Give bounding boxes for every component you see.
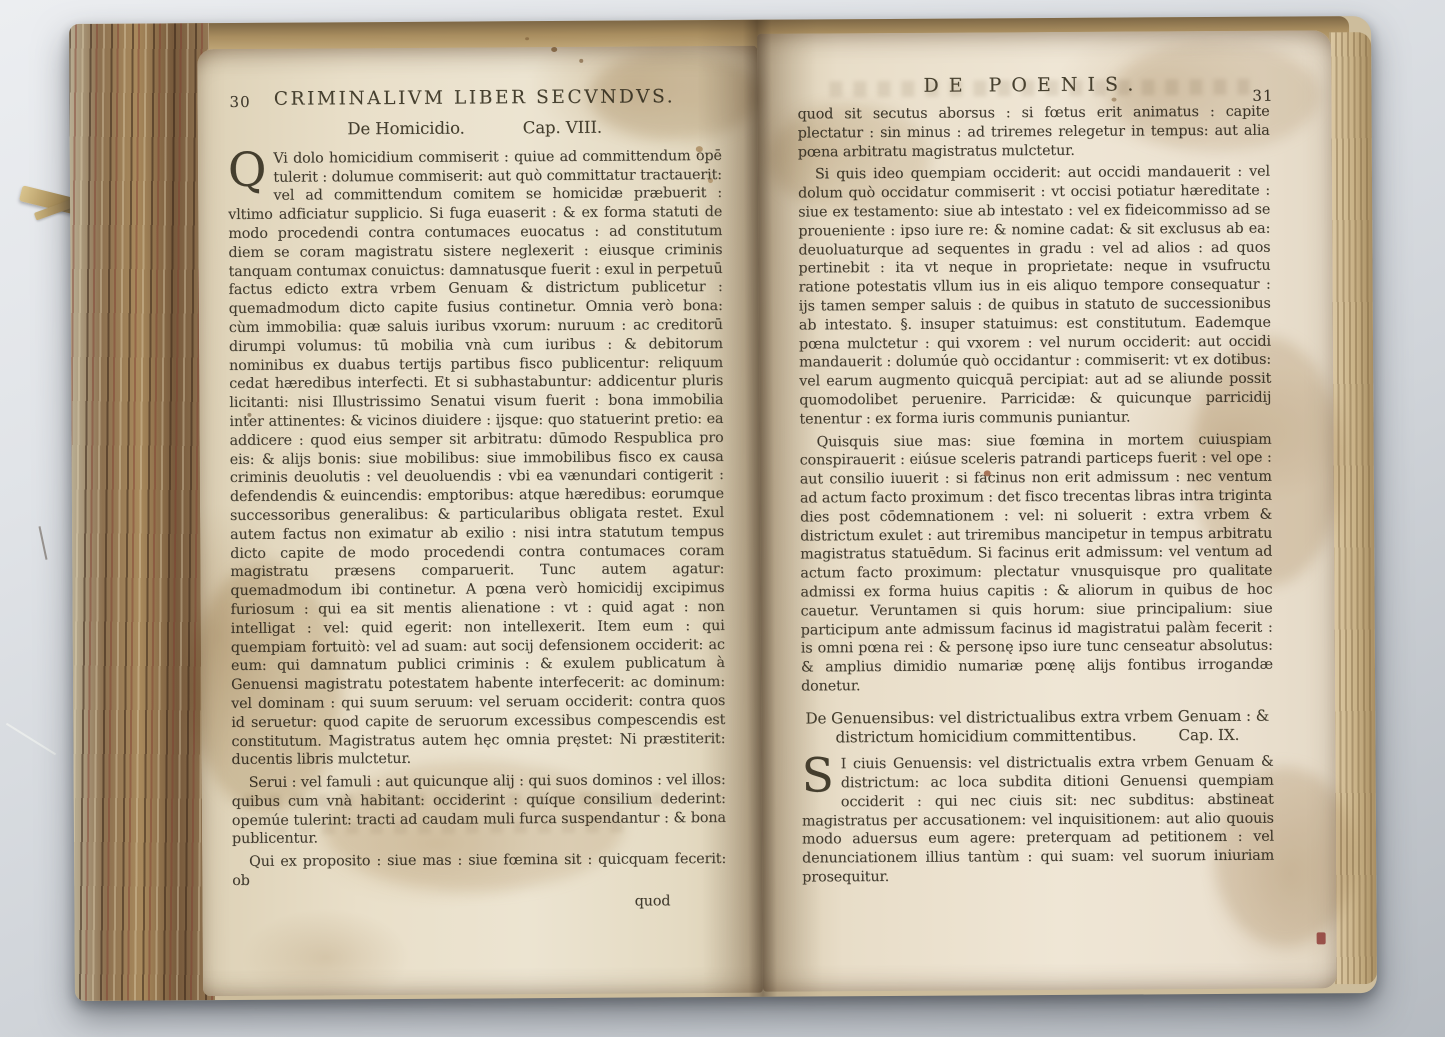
paragraph: Qui ex proposito : siue mas : siue fœmin… xyxy=(232,850,726,891)
section-heading-line1: De Genuensibus: vel districtualibus extr… xyxy=(805,706,1269,727)
photo-background: 30 CRIMINALIVM LIBER SECVNDVS. De Homici… xyxy=(0,0,1445,1037)
catchword: quod xyxy=(232,892,726,914)
page-edges-right xyxy=(1329,32,1377,984)
chapter-title: De Homicidio. xyxy=(347,120,465,140)
section-cap-number: Cap. IX. xyxy=(1178,725,1239,744)
paragraph: Si quis ideo quempiam occiderit: aut occ… xyxy=(798,163,1272,429)
paragraph: quod sit secutus aborsus : si fœtus erit… xyxy=(798,103,1270,162)
left-page: 30 CRIMINALIVM LIBER SECVNDVS. De Homici… xyxy=(197,46,763,996)
page-number-right: 31 xyxy=(1252,87,1273,106)
stray-fiber-dark xyxy=(38,526,47,560)
page-edges-left xyxy=(69,23,215,1001)
chapter-cap-number: Cap. VIII. xyxy=(523,119,602,138)
running-title-left: CRIMINALIVM LIBER SECVNDVS. xyxy=(227,88,721,110)
left-page-text: 30 CRIMINALIVM LIBER SECVNDVS. De Homici… xyxy=(227,88,726,971)
stray-fiber xyxy=(6,723,56,755)
page-number-left: 30 xyxy=(229,93,250,112)
left-running-header: 30 CRIMINALIVM LIBER SECVNDVS. xyxy=(227,88,721,117)
chapter-heading: De Homicidio. Cap. VIII. xyxy=(228,118,722,140)
paragraph: QVi dolo homicidium commiserit : quiue a… xyxy=(228,147,726,770)
paragraph: Serui : vel famuli : aut quicunque alij … xyxy=(232,771,726,849)
running-title-right: DE POENIS. xyxy=(797,75,1269,97)
paragraph: SI ciuis Genuensis: vel districtualis ex… xyxy=(802,753,1275,887)
paragraph-text: Vi dolo homicidium commiserit : quiue ad… xyxy=(228,148,725,769)
drop-cap-initial: S xyxy=(802,756,841,795)
section-heading: De Genuensibus: vel districtualibus extr… xyxy=(801,706,1273,746)
paragraph: Quisquis siue mas: siue fœmina in mortem… xyxy=(800,430,1274,696)
right-page-text: DE POENIS. 31 quod sit secutus aborsus :… xyxy=(797,75,1274,968)
drop-cap-initial: Q xyxy=(228,150,274,189)
right-running-header: DE POENIS. 31 xyxy=(797,75,1269,104)
book: 30 CRIMINALIVM LIBER SECVNDVS. De Homici… xyxy=(69,16,1377,1001)
right-page: DE POENIS. 31 quod sit secutus aborsus :… xyxy=(757,30,1337,991)
section-heading-line2: districtum homicidium committentibus. xyxy=(835,726,1136,747)
paragraph-text: I ciuis Genuensis: vel districtualis ext… xyxy=(802,754,1274,886)
